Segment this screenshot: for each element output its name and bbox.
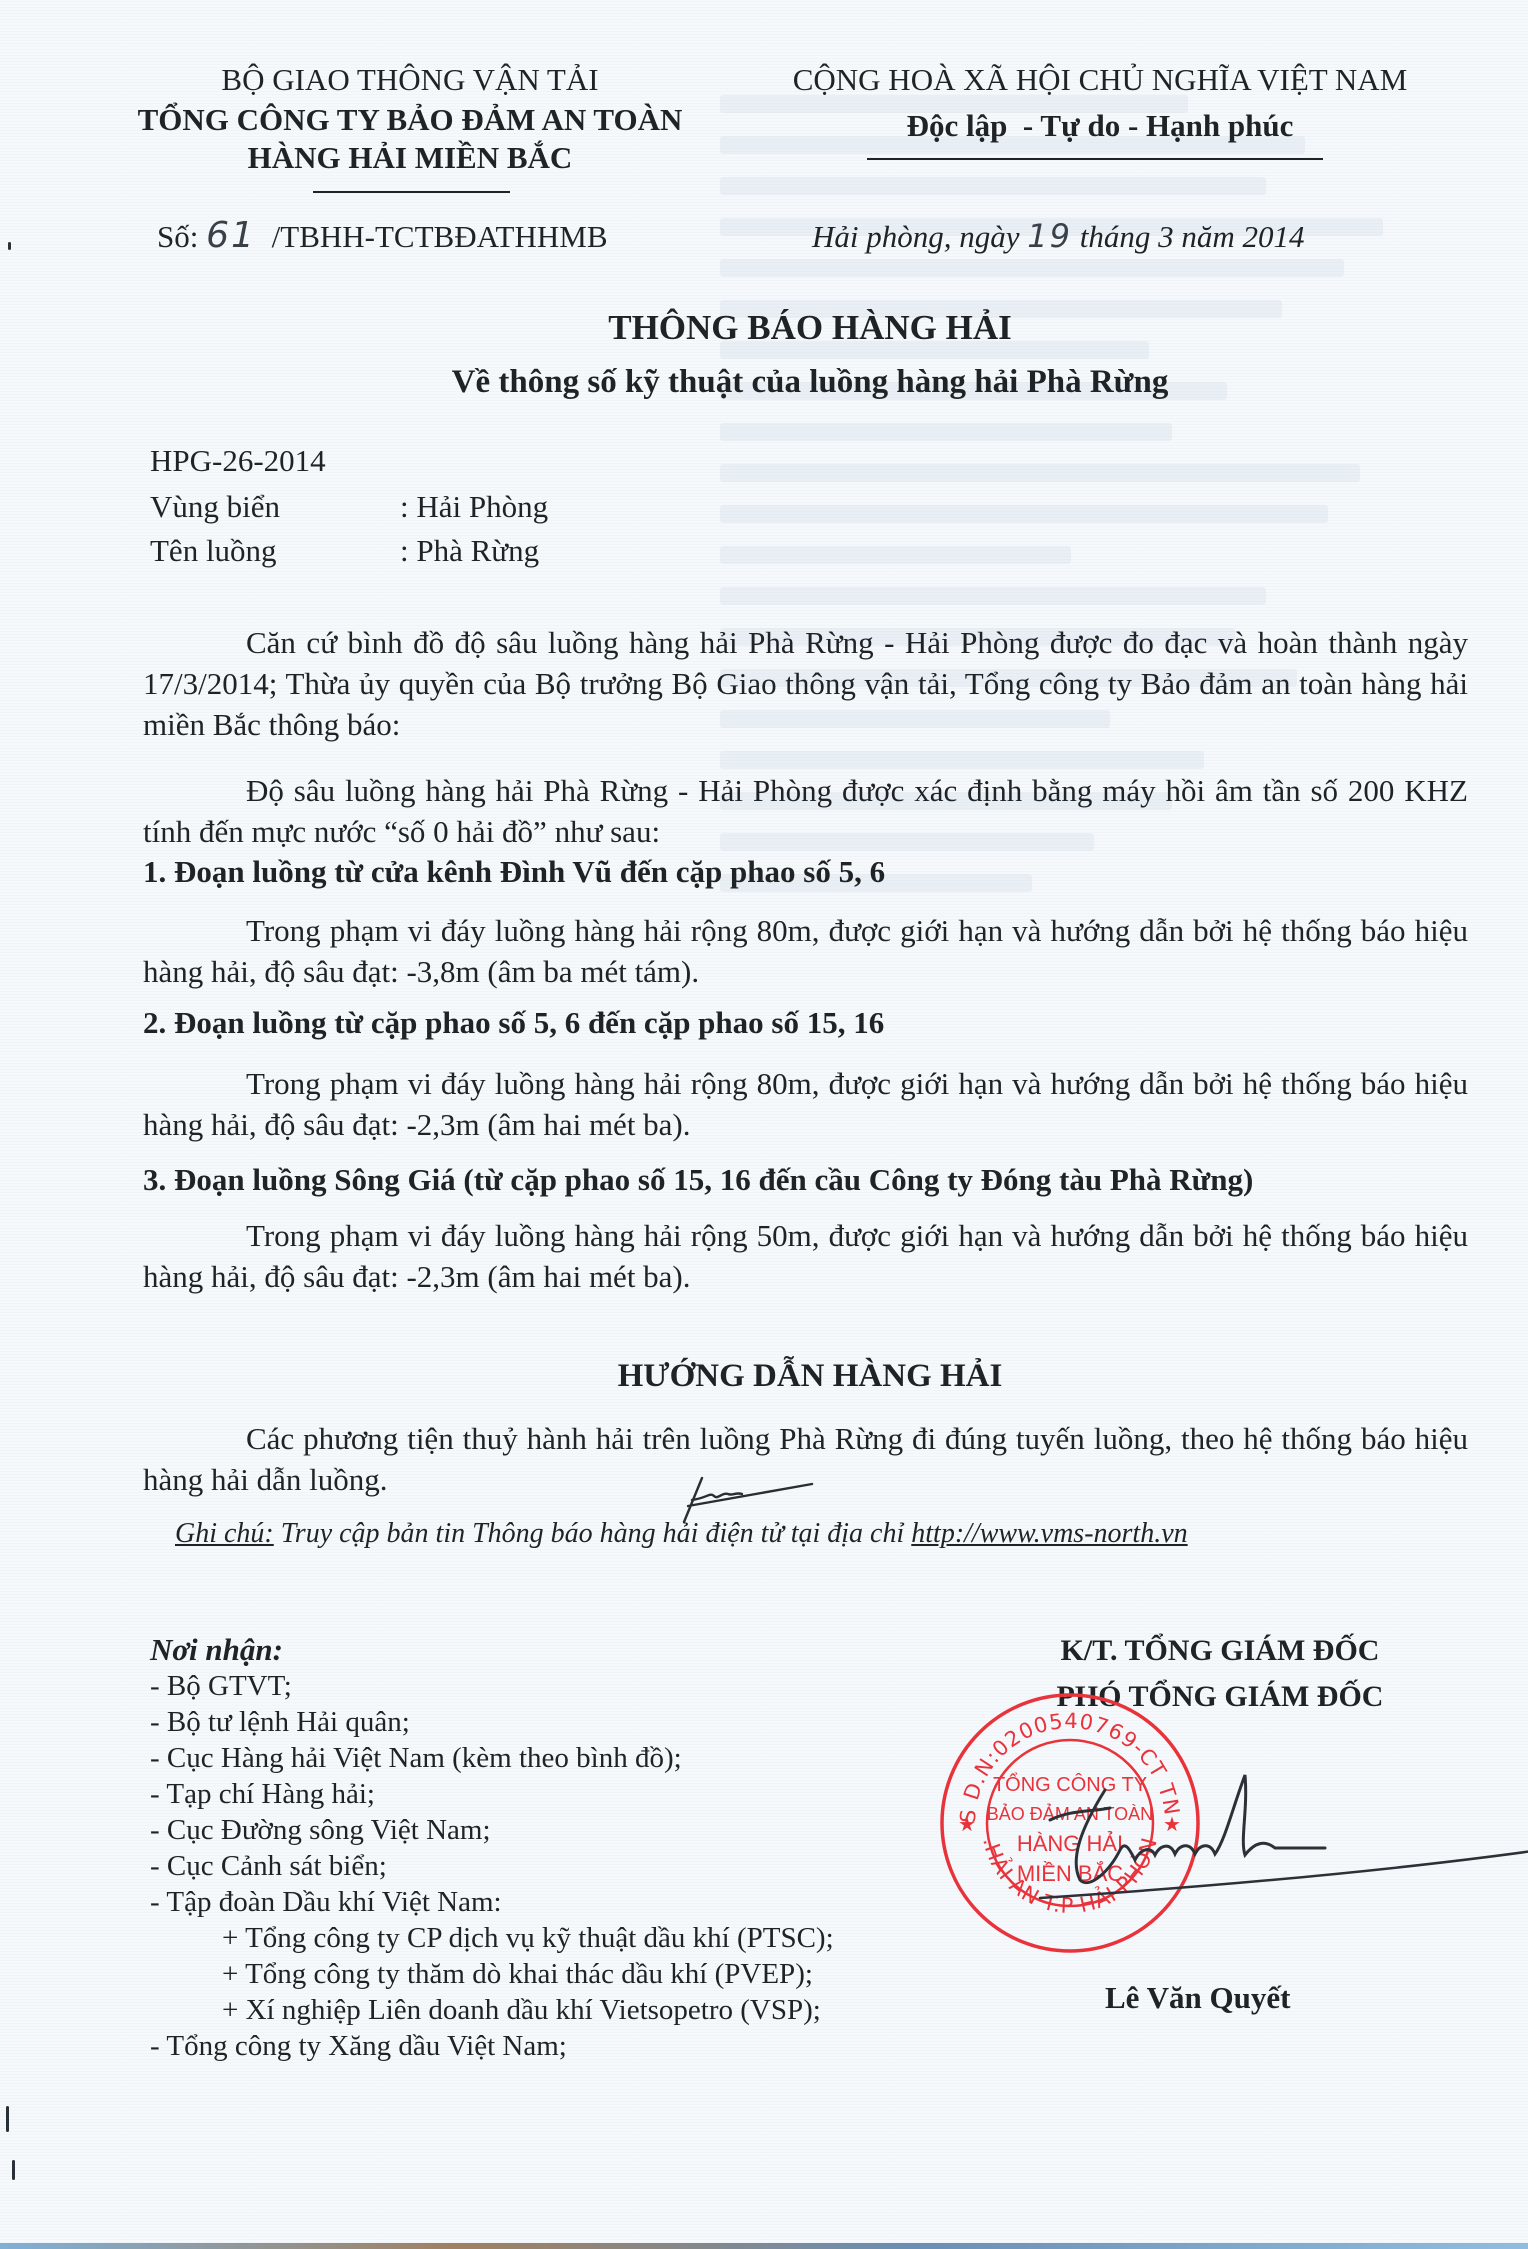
header-left-divider <box>313 191 510 193</box>
recipient-sub-item: + Xí nghiệp Liên doanh dầu khí Vietsopet… <box>150 1992 834 2028</box>
note-line: Ghi chú: Truy cập bản tin Thông báo hàng… <box>175 1518 1188 1550</box>
document-title: THÔNG BÁO HÀNG HẢI <box>0 308 1528 348</box>
signatory-name: Lê Văn Quyết <box>1105 1980 1290 2016</box>
meta-value-channel: : Phà Rừng <box>400 530 539 571</box>
note-label: Ghi chú: <box>175 1518 274 1549</box>
date-line: Hải phòng, ngày 19 tháng 3 năm 2014 <box>812 218 1304 255</box>
number-handwritten: 61 <box>206 215 256 256</box>
national-motto: Độc lập - Tự do - Hạnh phúc <box>740 108 1460 144</box>
notice-code: HPG-26-2014 <box>150 440 326 481</box>
meta-value-sea-area: : Hải Phòng <box>400 486 548 527</box>
section-2-body: Trong phạm vi đáy luồng hàng hải rộng 80… <box>143 1066 1468 1142</box>
header-right-divider <box>867 158 1323 160</box>
date-prefix: Hải phòng, ngày <box>812 219 1020 254</box>
recipient-item: - Bộ tư lệnh Hải quân; <box>150 1704 834 1740</box>
depth-paragraph: Độ sâu luồng hàng hải Phà Rừng - Hải Phò… <box>143 770 1468 852</box>
recipient-item: - Cục Đường sông Việt Nam; <box>150 1812 834 1848</box>
recipients-list: Nơi nhận: - Bộ GTVT; - Bộ tư lệnh Hải qu… <box>150 1632 834 2064</box>
section-3-text: Trong phạm vi đáy luồng hàng hải rộng 50… <box>143 1215 1468 1297</box>
recipient-item: - Cục Cảnh sát biển; <box>150 1848 834 1884</box>
republic-name: CỘNG HOÀ XÃ HỘI CHỦ NGHĨA VIỆT NAM <box>740 62 1460 98</box>
ministry-name: BỘ GIAO THÔNG VẬN TẢI <box>110 62 710 98</box>
document-number: Số: 61 /TBHH-TCTBĐATHHMB <box>157 218 608 255</box>
signatory-title-line1: K/T. TỔNG GIÁM ĐỐC <box>1000 1628 1440 1674</box>
section-1-body: Trong phạm vi đáy luồng hàng hải rộng 80… <box>143 913 1468 989</box>
document-subtitle: Về thông số kỹ thuật của luồng hàng hải … <box>0 364 1528 401</box>
note-link[interactable]: http://www.vms-north.vn <box>911 1518 1187 1549</box>
intro-text: Căn cứ bình đồ độ sâu luồng hàng hải Phà… <box>143 625 1468 742</box>
guidance-heading: HƯỚNG DẪN HÀNG HẢI <box>0 1358 1528 1395</box>
section-1-text: Trong phạm vi đáy luồng hàng hải rộng 80… <box>143 910 1468 992</box>
org-name-line1: TỔNG CÔNG TY BẢO ĐẢM AN TOÀN <box>110 102 710 138</box>
date-suffix: tháng 3 năm 2014 <box>1080 219 1305 254</box>
recipient-sub-item: + Tổng công ty CP dịch vụ kỹ thuật dầu k… <box>150 1920 834 1956</box>
section-3-heading: 3. Đoạn luồng Sông Giá (từ cặp phao số 1… <box>143 1162 1253 1198</box>
section-2-heading: 2. Đoạn luồng từ cặp phao số 5, 6 đến cặ… <box>143 1005 884 1041</box>
recipient-item: - Tập đoàn Dầu khí Việt Nam: <box>150 1884 834 1920</box>
org-name-line2: HÀNG HẢI MIỀN BẮC <box>110 140 710 176</box>
scan-mark <box>12 2160 15 2180</box>
number-suffix: /TBHH-TCTBĐATHHMB <box>272 219 608 254</box>
recipient-item: - Bộ GTVT; <box>150 1668 834 1704</box>
recipients-heading: Nơi nhận: <box>150 1632 834 1668</box>
meta-label-channel: Tên luồng <box>150 530 277 571</box>
scan-bottom-edge <box>0 2243 1528 2249</box>
section-1-heading: 1. Đoạn luồng từ cửa kênh Đình Vũ đến cặ… <box>143 854 885 890</box>
scan-mark <box>8 242 11 250</box>
section-2-text: Trong phạm vi đáy luồng hàng hải rộng 80… <box>143 1063 1468 1145</box>
meta-label-sea-area: Vùng biển <box>150 486 280 527</box>
handwritten-signature-icon <box>1010 1750 1528 1920</box>
recipient-item: - Cục Hàng hải Việt Nam (kèm theo bình đ… <box>150 1740 834 1776</box>
number-label: Số: <box>157 219 198 254</box>
section-3-body: Trong phạm vi đáy luồng hàng hải rộng 50… <box>143 1218 1468 1294</box>
svg-text:★: ★ <box>958 1812 976 1836</box>
depth-text: Độ sâu luồng hàng hải Phà Rừng - Hải Phò… <box>143 773 1468 849</box>
note-text: Truy cập bản tin Thông báo hàng hải điện… <box>274 1518 912 1549</box>
scan-mark <box>6 2106 9 2132</box>
intro-paragraph: Căn cứ bình đồ độ sâu luồng hàng hải Phà… <box>143 622 1468 745</box>
date-day-handwritten: 19 <box>1027 217 1072 255</box>
recipient-item: - Tạp chí Hàng hải; <box>150 1776 834 1812</box>
recipient-sub-item: + Tổng công ty thăm dò khai thác dầu khí… <box>150 1956 834 1992</box>
recipient-item: - Tổng công ty Xăng dầu Việt Nam; <box>150 2028 834 2064</box>
